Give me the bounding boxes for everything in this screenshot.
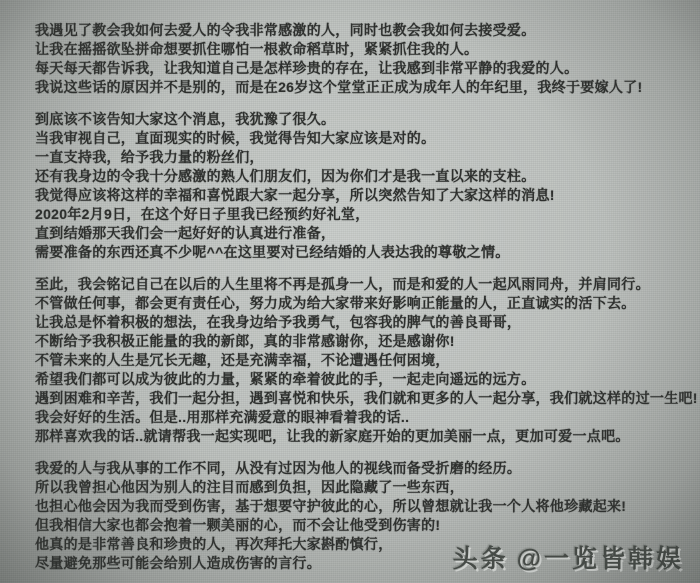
letter-line: 直到结婚那天我们会一起好好的认真进行准备，	[35, 224, 697, 243]
letter-line: 让我在摇摇欲坠拼命想要抓住哪怕一根救命稻草时，紧紧抓住我的人。	[35, 40, 697, 59]
letter-paragraph: 至此，我会铭记自己在以后的人生里将不再是孤身一人，而是和爱的人一起风雨同舟，并肩…	[35, 275, 697, 446]
letter-line: 也担心他会因为我而受到伤害，基于想要守护彼此的心，所以曾想就让我一个人将他珍藏起…	[35, 497, 697, 516]
letter-line: 我遇见了教会我如何去爱人的令我非常感激的人，同时也教会我如何去接受爱。	[35, 21, 697, 40]
letter-line: 让我总是怀着积极的想法，在我身边给予我勇气，包容我的脾气的善良哥哥，	[35, 313, 697, 332]
letter-line: 2020年2月9日，在这个好日子里我已经预约好礼堂，	[35, 205, 697, 224]
letter-line: 到底该不该告知大家这个消息，我犹豫了很久。	[35, 110, 697, 129]
letter-line: 需要准备的东西还真不少呢^^在这里要对已经结婚的人表达我的尊敬之情。	[35, 243, 697, 262]
letter-line: 至此，我会铭记自己在以后的人生里将不再是孤身一人，而是和爱的人一起风雨同舟，并肩…	[35, 275, 697, 294]
toutiao-watermark: 头条@一览皆韩娱	[453, 539, 684, 575]
letter-line: 但我相信大家也都会抱着一颗美丽的心，而不会让他受到伤害的!	[35, 516, 697, 535]
letter-line: 遇到困难和辛苦，我们一起分担，遇到喜悦和快乐，我们就和更多的人一起分享，我们就这…	[35, 389, 697, 408]
letter-line: 我爱的人与我从事的工作不同，从没有过因为他人的视线而备受折磨的经历。	[35, 459, 697, 478]
letter-line: 那样喜欢我的话..就请帮我一起实现吧，让我的新家庭开始的更加美丽一点，更加可爱一…	[35, 427, 697, 446]
watermark-brand-label: 头条	[453, 545, 509, 573]
letter-line: 一直支持我，给予我力量的粉丝们，	[35, 148, 697, 167]
letter-line: 还有我身边的令我十分感激的熟人们朋友们，因为你们才是我一直以来的支柱。	[35, 167, 697, 186]
letter-line: 不断给予我积极正能量的我的新郎，真的非常感谢你，还是感谢你!	[35, 332, 697, 351]
letter-line: 我说这些话的原因并不是别的，而是在26岁这个堂堂正正成为成年人的年纪里，我终于要…	[35, 78, 697, 97]
letter-line: 不管未来的人生是冗长无趣，还是充满幸福，不论遭遇任何困境，	[35, 351, 697, 370]
letter-text: 我遇见了教会我如何去爱人的令我非常感激的人，同时也教会我如何去接受爱。 让我在摇…	[35, 21, 697, 583]
letter-paragraph: 到底该不该告知大家这个消息，我犹豫了很久。 当我审视自己，直面现实的时候，我觉得…	[35, 110, 697, 262]
watermark-handle-label: @一览皆韩娱	[517, 545, 684, 573]
letter-line: 所以我曾担心他因为别人的注目而感到负担，因此隐藏了一些东西，	[35, 478, 697, 497]
letter-line: 当我审视自己，直面现实的时候，我觉得告知大家应该是对的。	[35, 129, 697, 148]
letter-line: 每天每天都告诉我，让我知道自己是怎样珍贵的存在，让我感到非常平静的我爱的人。	[35, 59, 697, 78]
letter-line: 我觉得应该将这样的幸福和喜悦跟大家一起分享，所以突然告知了大家这样的消息!	[35, 186, 697, 205]
letter-paragraph: 我遇见了教会我如何去爱人的令我非常感激的人，同时也教会我如何去接受爱。 让我在摇…	[35, 21, 697, 97]
letter-line: 我会好好的生活。但是..用那样充满爱意的眼神看着我的话..	[35, 408, 697, 427]
letter-line: 希望我们都可以成为彼此的力量，紧紧的牵着彼此的手，一起走向遥远的远方。	[35, 370, 697, 389]
letter-line: 不管做任何事，都会更有责任心，努力成为给大家带来好影响正能量的人，正直诚实的活下…	[35, 294, 697, 313]
